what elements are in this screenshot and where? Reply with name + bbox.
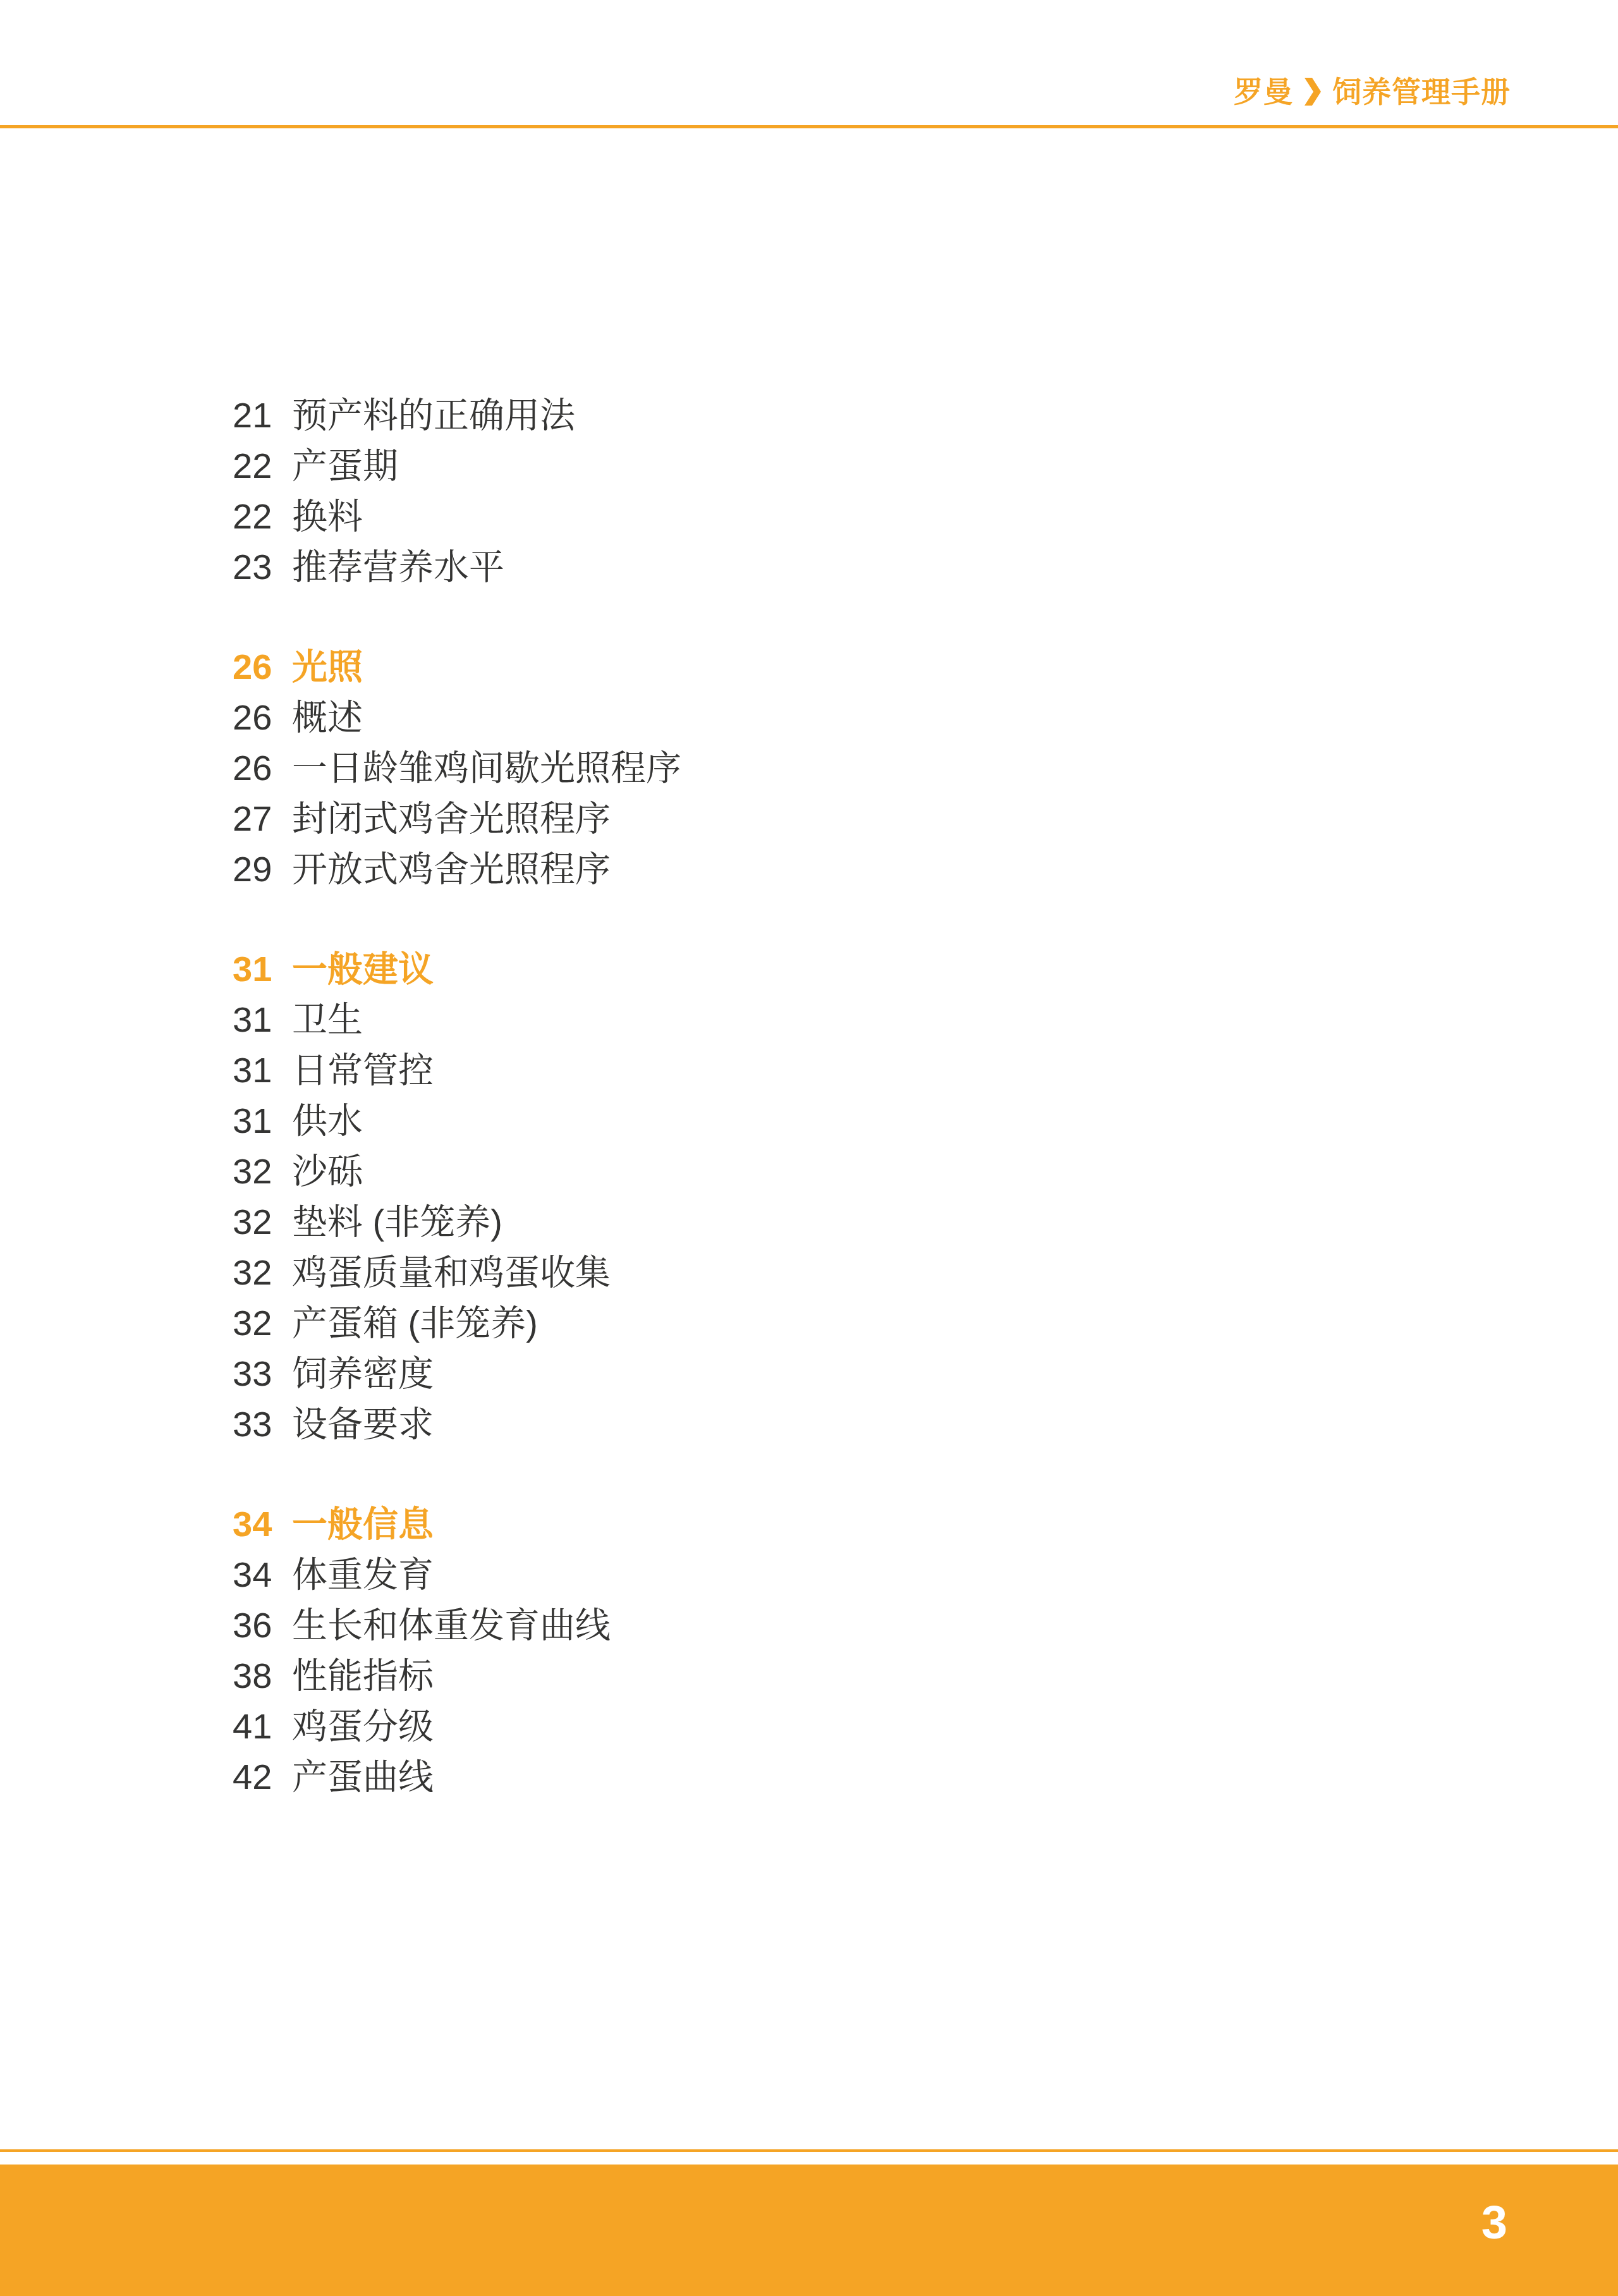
toc-group: 21预产料的正确用法 22产蛋期 22换料 23推荐营养水平	[233, 390, 681, 592]
toc-entry-label: 概述	[292, 697, 363, 737]
document-page: 罗曼 饲养管理手册 21预产料的正确用法 22产蛋期 22换料 23推荐营养水平…	[0, 0, 1618, 2296]
toc-page-number: 42	[233, 1752, 292, 1802]
toc-entry-label: 开放式鸡舍光照程序	[292, 849, 611, 889]
page-number: 3	[1481, 2199, 1507, 2246]
page-header: 罗曼 饲养管理手册	[1234, 77, 1511, 106]
toc-page-number: 34	[233, 1499, 292, 1549]
toc-entry-label: 一日龄雏鸡间歇光照程序	[292, 748, 681, 788]
toc-page-number: 26	[233, 743, 292, 793]
chevron-right-icon	[1305, 78, 1321, 106]
toc-entry-label: 设备要求	[292, 1404, 434, 1444]
toc-entry: 33设备要求	[233, 1399, 681, 1450]
toc-entry-label: 沙砾	[292, 1151, 363, 1191]
toc-entry: 38性能指标	[233, 1651, 681, 1701]
toc-entry-label: 一般建议	[292, 949, 434, 989]
toc-entry: 34体重发育	[233, 1549, 681, 1600]
document-title: 饲养管理手册	[1332, 77, 1511, 106]
toc-page-number: 22	[233, 491, 292, 542]
toc-entry-label: 产蛋箱 (非笼养)	[292, 1303, 538, 1343]
toc-entry-label: 体重发育	[292, 1554, 434, 1594]
toc-section-heading: 34一般信息	[233, 1499, 681, 1549]
brand-name: 罗曼	[1234, 77, 1293, 106]
toc-entry-label: 日常管控	[292, 1050, 434, 1090]
toc-page-number: 32	[233, 1247, 292, 1298]
toc-entry: 33饲养密度	[233, 1348, 681, 1399]
toc-entry: 21预产料的正确用法	[233, 390, 681, 441]
toc-group: 34一般信息 34体重发育 36生长和体重发育曲线 38性能指标 41鸡蛋分级 …	[233, 1499, 681, 1802]
toc-entry: 22产蛋期	[233, 441, 681, 491]
toc-entry-label: 推荐营养水平	[292, 547, 504, 587]
toc-entry: 42产蛋曲线	[233, 1752, 681, 1802]
toc-page-number: 32	[233, 1298, 292, 1348]
toc-page-number: 22	[233, 441, 292, 491]
toc-entry-label: 产蛋曲线	[292, 1757, 434, 1797]
toc-page-number: 26	[233, 692, 292, 743]
toc-entry-label: 一般信息	[292, 1504, 434, 1544]
toc-page-number: 36	[233, 1600, 292, 1651]
toc-page-number: 31	[233, 944, 292, 994]
toc-entry-label: 封闭式鸡舍光照程序	[292, 798, 611, 838]
toc-entry-label: 光照	[292, 647, 363, 687]
toc-entry: 32垫料 (非笼养)	[233, 1197, 681, 1247]
toc-page-number: 31	[233, 1096, 292, 1146]
toc-entry-label: 生长和体重发育曲线	[292, 1605, 611, 1645]
toc-entry: 41鸡蛋分级	[233, 1701, 681, 1752]
toc-entry-label: 鸡蛋分级	[292, 1706, 434, 1746]
toc-group: 31一般建议 31卫生 31日常管控 31供水 32沙砾 32垫料 (非笼养) …	[233, 944, 681, 1450]
toc-page-number: 21	[233, 390, 292, 441]
toc-page-number: 41	[233, 1701, 292, 1752]
toc-entry: 23推荐营养水平	[233, 542, 681, 592]
toc-entry-label: 饲养密度	[292, 1353, 434, 1393]
toc-entry: 29开放式鸡舍光照程序	[233, 844, 681, 895]
header-rule	[0, 125, 1618, 128]
toc-page-number: 34	[233, 1549, 292, 1600]
toc-entry: 27封闭式鸡舍光照程序	[233, 793, 681, 844]
toc-entry-label: 供水	[292, 1101, 363, 1140]
toc-section-heading: 31一般建议	[233, 944, 681, 994]
toc-entry: 31供水	[233, 1096, 681, 1146]
toc-page-number: 27	[233, 793, 292, 844]
toc-entry-label: 垫料 (非笼养)	[292, 1202, 502, 1242]
toc-entry: 32产蛋箱 (非笼养)	[233, 1298, 681, 1348]
toc-entry: 26一日龄雏鸡间歇光照程序	[233, 743, 681, 793]
toc-entry-label: 换料	[292, 496, 363, 536]
toc-group: 26光照 26概述 26一日龄雏鸡间歇光照程序 27封闭式鸡舍光照程序 29开放…	[233, 642, 681, 895]
toc-entry: 32沙砾	[233, 1146, 681, 1197]
toc-entry-label: 产蛋期	[292, 446, 398, 485]
toc-entry: 31日常管控	[233, 1045, 681, 1096]
toc-page-number: 31	[233, 1045, 292, 1096]
toc-entry: 36生长和体重发育曲线	[233, 1600, 681, 1651]
toc-page-number: 33	[233, 1348, 292, 1399]
footer-rule	[0, 2149, 1618, 2152]
toc-entry-label: 卫生	[292, 999, 363, 1039]
footer-band	[0, 2165, 1618, 2296]
toc-page-number: 23	[233, 542, 292, 592]
toc-page-number: 32	[233, 1197, 292, 1247]
toc-entry-label: 鸡蛋质量和鸡蛋收集	[292, 1252, 611, 1292]
toc-page-number: 26	[233, 642, 292, 692]
toc-page-number: 38	[233, 1651, 292, 1701]
toc-page-number: 33	[233, 1399, 292, 1450]
toc-page-number: 32	[233, 1146, 292, 1197]
toc-entry-label: 性能指标	[292, 1656, 434, 1695]
toc-entry: 32鸡蛋质量和鸡蛋收集	[233, 1247, 681, 1298]
toc-page-number: 31	[233, 994, 292, 1045]
table-of-contents: 21预产料的正确用法 22产蛋期 22换料 23推荐营养水平 26光照 26概述…	[233, 390, 681, 1802]
toc-entry: 31卫生	[233, 994, 681, 1045]
toc-entry: 22换料	[233, 491, 681, 542]
toc-page-number: 29	[233, 844, 292, 895]
toc-entry-label: 预产料的正确用法	[292, 395, 575, 435]
toc-section-heading: 26光照	[233, 642, 681, 692]
toc-entry: 26概述	[233, 692, 681, 743]
